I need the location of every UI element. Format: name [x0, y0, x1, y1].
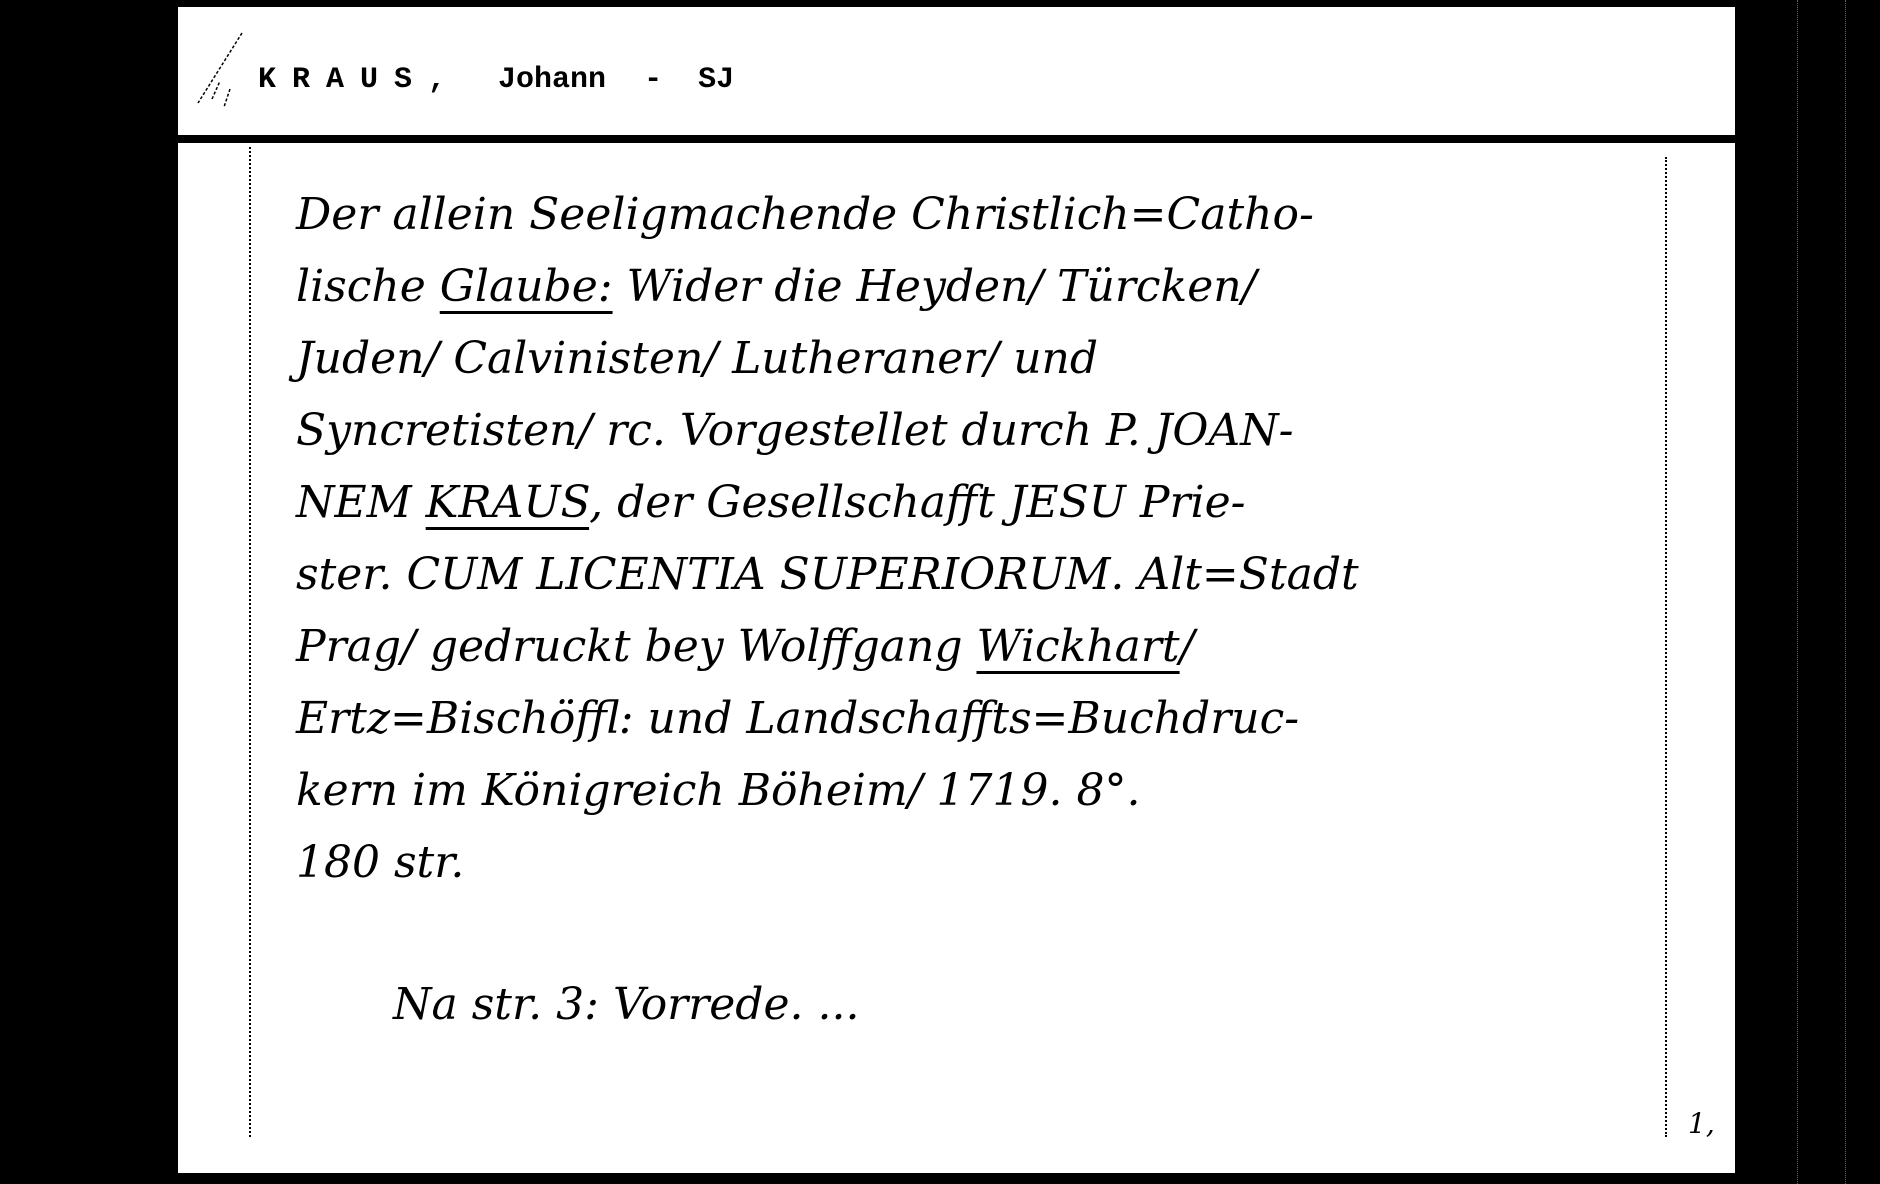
- catalog-card: KRAUS, Johann - SJ Der allein Seeligmach…: [178, 7, 1735, 1173]
- text-line: 180 str.: [296, 827, 1656, 899]
- right-margin-line: [1665, 157, 1667, 1137]
- heading-separator: -: [644, 63, 662, 97]
- text-line: Syncretisten/ rc. Vorgestellet durch P. …: [296, 395, 1656, 467]
- pencil-mark-icon: [190, 31, 250, 111]
- card-heading: KRAUS, Johann - SJ: [258, 63, 734, 113]
- underlined-word: KRAUS: [426, 477, 589, 528]
- text-line: Ertz=Bischöffl: und Landschaffts=Buchdru…: [296, 683, 1656, 755]
- text-line: kern im Königreich Böheim/ 1719. 8°.: [296, 755, 1656, 827]
- underlined-word: Glaube:: [440, 261, 613, 312]
- author-surname: KRAUS,: [258, 63, 462, 97]
- text-line: Prag/ gedruckt bey Wolffgang Wickhart/: [296, 611, 1656, 683]
- underlined-word: Wickhart: [976, 621, 1179, 672]
- page-mark: 1,: [1688, 1107, 1715, 1140]
- text-line: Juden/ Calvinisten/ Lutheraner/ und: [296, 323, 1656, 395]
- text-line: lische Glaube: Wider die Heyden/ Türcken…: [296, 251, 1656, 323]
- author-given-name: Johann: [498, 63, 606, 97]
- text-line: ster. CUM LICENTIA SUPERIORUM. Alt=Stadt: [296, 539, 1656, 611]
- scan-artifact-line: [1797, 0, 1798, 1184]
- religious-order: SJ: [698, 63, 734, 97]
- scan-artifact-line: [1845, 0, 1846, 1184]
- text-line: Der allein Seeligmachende Christlich=Cat…: [296, 179, 1656, 251]
- handwritten-description: Der allein Seeligmachende Christlich=Cat…: [296, 179, 1656, 899]
- left-margin-line: [249, 147, 251, 1137]
- page-note: Na str. 3: Vorrede. ...: [393, 979, 859, 1030]
- text-line: NEM KRAUS, der Gesellschafft JESU Prie-: [296, 467, 1656, 539]
- header-divider: [178, 135, 1735, 143]
